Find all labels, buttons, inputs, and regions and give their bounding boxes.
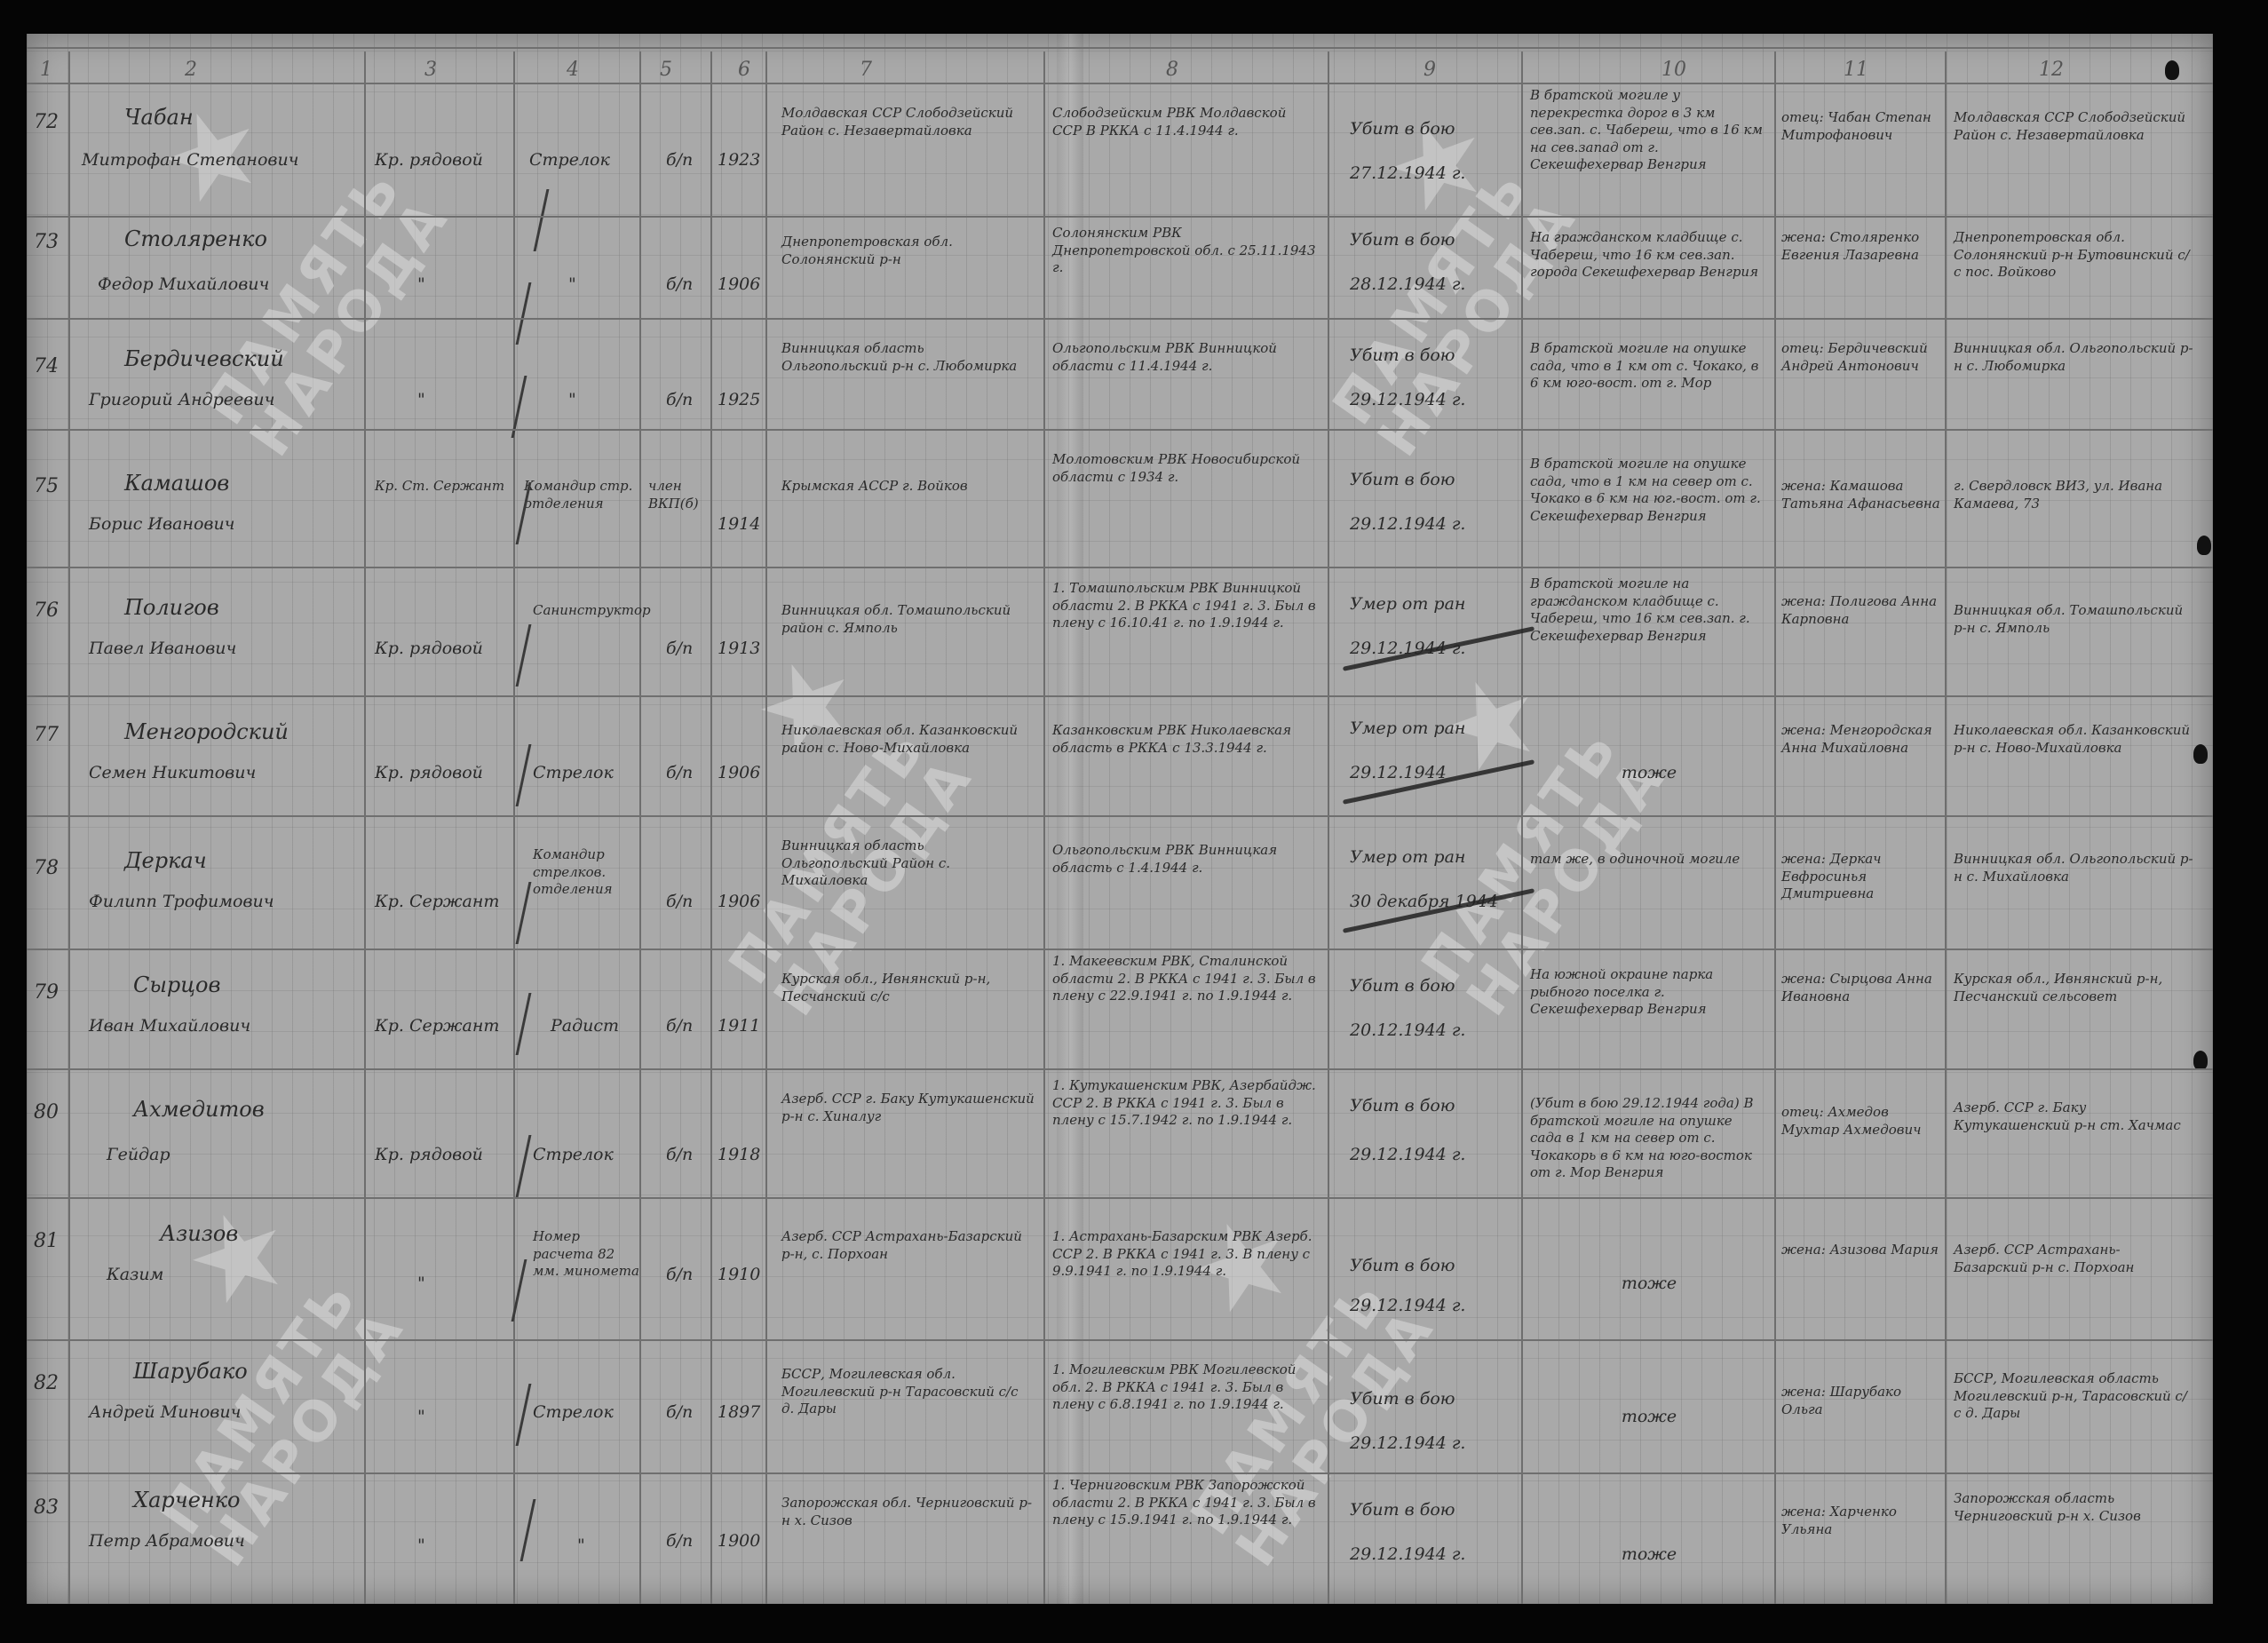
- burial-place: На гражданском кладбище с. Чабереш, что …: [1530, 229, 1768, 282]
- death-date: 29.12.1944 г.: [1350, 1295, 1465, 1318]
- birth-year: 1914: [718, 513, 760, 536]
- draft-info: Солонянским РВК Днепропетровской обл. с …: [1052, 225, 1319, 277]
- given-names: Андрей Минович: [89, 1401, 355, 1425]
- given-names: Федор Михайлович: [98, 274, 364, 297]
- checkmark-icon: [500, 882, 532, 944]
- birthplace: Днепропетровская обл. Солонянский р-н: [781, 234, 1035, 268]
- party: б/п: [666, 1401, 693, 1425]
- given-names: Филипп Трофимович: [89, 891, 355, 914]
- row-divider: [27, 1472, 2213, 1474]
- birth-year: 1925: [718, 389, 760, 412]
- position: Командир стр. отделения: [524, 478, 639, 512]
- death-date: 29.12.1944 г.: [1350, 1433, 1465, 1456]
- position: Радист: [551, 1015, 619, 1038]
- column-number-2: 2: [185, 59, 197, 81]
- rank: Кр. рядовой: [375, 1144, 483, 1167]
- checkmark-icon: [500, 1135, 532, 1197]
- relative: отец: Ахмедов Мухтар Ахмедович: [1781, 1104, 1941, 1139]
- burial-place: тоже: [1530, 1544, 1768, 1567]
- party: б/п: [666, 1144, 693, 1167]
- home-address: Курская обл., Ивнянский р-н, Песчанский …: [1954, 971, 2193, 1005]
- header-bottom-rule: [27, 83, 2213, 84]
- position: ": [577, 1535, 585, 1558]
- given-names: Гейдар: [107, 1144, 355, 1167]
- draft-info: 1. Могилевским РВК Могилевской обл. 2. В…: [1052, 1361, 1319, 1414]
- party: б/п: [666, 1015, 693, 1038]
- birthplace: Молдавская ССР Слободзейский Район с. Не…: [781, 105, 1035, 139]
- home-address: Днепропетровская обл. Солонянский р-н Бу…: [1954, 229, 2193, 282]
- birth-year: 1906: [718, 891, 760, 914]
- col-divider: [710, 52, 712, 1604]
- home-address: Винницкая обл. Томашпольский р-н с. Ямпо…: [1954, 602, 2193, 637]
- fate: Умер от ран: [1350, 846, 1465, 869]
- home-address: Запорожская область Черниговский р-н х. …: [1954, 1490, 2193, 1525]
- column-number-11: 11: [1844, 59, 1868, 81]
- fate: Умер от ран: [1350, 593, 1465, 616]
- checkmark-icon: [500, 1384, 532, 1446]
- death-date: 29.12.1944 г.: [1350, 513, 1465, 536]
- relative: отец: Чабан Степан Митрофанович: [1781, 109, 1941, 144]
- birthplace: Запорожская обл. Черниговский р-н х. Сиз…: [781, 1495, 1035, 1529]
- party: б/п: [666, 149, 693, 172]
- draft-info: 1. Макеевским РВК, Сталинской области 2.…: [1052, 953, 1319, 1005]
- column-number-4: 4: [567, 59, 579, 81]
- party: б/п: [666, 1530, 693, 1553]
- party: б/п: [666, 274, 693, 297]
- surname: Столяренко: [124, 225, 267, 253]
- relative: жена: Харченко Ульяна: [1781, 1504, 1941, 1538]
- col-divider: [68, 52, 70, 1604]
- draft-info: 1. Астрахань-Базарским РВК Азерб. ССР 2.…: [1052, 1228, 1319, 1281]
- relative: отец: Бердичевский Андрей Антонович: [1781, 340, 1941, 375]
- rank: Кр. Сержант: [375, 1015, 499, 1038]
- column-number-10: 10: [1661, 59, 1686, 81]
- rank: ": [417, 389, 425, 412]
- fate: Убит в бою: [1350, 1388, 1455, 1411]
- position: Стрелок: [533, 1401, 614, 1425]
- burial-place: тоже: [1530, 1406, 1768, 1429]
- column-number-8: 8: [1166, 59, 1178, 81]
- surname: Полигов: [124, 593, 219, 622]
- surname: Азизов: [160, 1219, 238, 1248]
- death-date: 20.12.1944 г.: [1350, 1020, 1465, 1043]
- birth-year: 1906: [718, 274, 760, 297]
- burial-place: там же, в одиночной могиле: [1530, 851, 1768, 869]
- position: Номер расчета 82 мм. миномета: [533, 1228, 639, 1281]
- checkmark-icon: [518, 189, 550, 251]
- birth-year: 1910: [718, 1264, 760, 1287]
- death-date: 29.12.1944 г.: [1350, 1544, 1465, 1567]
- burial-place: В братской могиле на опушке сада, что в …: [1530, 340, 1768, 393]
- draft-info: 1. Кутукашенским РВК, Азербайдж. ССР 2. …: [1052, 1077, 1319, 1130]
- row-divider: [27, 318, 2213, 320]
- row-divider: [27, 1339, 2213, 1341]
- rank: Кр. Сержант: [375, 891, 499, 914]
- birth-year: 1913: [718, 638, 760, 661]
- home-address: Азерб. ССР Астрахань-Базарский р-н с. По…: [1954, 1242, 2193, 1276]
- birth-year: 1918: [718, 1144, 760, 1167]
- fate: Убит в бою: [1350, 118, 1455, 141]
- birthplace: Винницкая область Ольгопольский р-н с. Л…: [781, 340, 1035, 375]
- checkmark-icon: [500, 282, 532, 345]
- birth-year: 1900: [718, 1530, 760, 1553]
- fate: Убит в бою: [1350, 469, 1455, 492]
- rank: ": [417, 274, 425, 297]
- draft-info: Ольгопольским РВК Винницкая область с 1.…: [1052, 842, 1319, 877]
- given-names: Петр Абрамович: [89, 1530, 355, 1553]
- draft-info: Ольгопольским РВК Винницкой области с 11…: [1052, 340, 1319, 375]
- punch-hole: [2165, 60, 2179, 80]
- rank: Кр. Ст. Сержант: [375, 478, 508, 496]
- birth-year: 1911: [718, 1015, 760, 1038]
- surname: Ахмедитов: [133, 1095, 265, 1123]
- col-divider: [364, 52, 366, 1604]
- column-number-1: 1: [40, 59, 52, 81]
- home-address: Винницкая обл. Ольгопольский р-н с. Любо…: [1954, 340, 2193, 375]
- punch-hole: [2193, 744, 2208, 764]
- fate: Умер от ран: [1350, 718, 1465, 741]
- birthplace: Курская обл., Ивнянский р-н, Песчанский …: [781, 971, 1035, 1005]
- row-divider: [27, 815, 2213, 817]
- row-number: 77: [34, 722, 59, 749]
- party: член ВКП(б): [648, 478, 710, 512]
- row-divider: [27, 1068, 2213, 1070]
- fate: Убит в бою: [1350, 229, 1455, 252]
- surname: Шарубако: [133, 1357, 248, 1385]
- position: Стрелок: [529, 149, 610, 172]
- punch-hole: [2197, 536, 2211, 555]
- birthplace: Азерб. ССР Астрахань-Базарский р-н, с. П…: [781, 1228, 1035, 1263]
- rank: Кр. рядовой: [375, 638, 483, 661]
- row-number: 78: [34, 855, 59, 882]
- row-number: 80: [34, 1099, 59, 1126]
- draft-info: Казанковским РВК Николаевская область в …: [1052, 722, 1319, 757]
- given-names: Семен Никитович: [89, 762, 355, 785]
- given-names: Митрофан Степанович: [82, 149, 361, 172]
- fate: Убит в бою: [1350, 345, 1455, 368]
- given-names: Борис Иванович: [89, 513, 355, 536]
- relative: жена: Камашова Татьяна Афанасьевна: [1781, 478, 1941, 512]
- fate: Убит в бою: [1350, 975, 1455, 998]
- column-number-5: 5: [660, 59, 672, 81]
- column-number-3: 3: [424, 59, 437, 81]
- relative: жена: Азизова Мария: [1781, 1242, 1941, 1259]
- checkmark-icon: [504, 1499, 536, 1561]
- row-number: 81: [34, 1228, 59, 1255]
- column-number-12: 12: [2039, 59, 2064, 81]
- birthplace: Азерб. ССР г. Баку Кутукашенский р-н с. …: [781, 1091, 1035, 1125]
- relative: жена: Деркач Евфросинья Дмитриевна: [1781, 851, 1941, 903]
- checkmark-icon: [496, 1259, 527, 1322]
- birthplace: Крымская АССР г. Войков: [781, 478, 1035, 496]
- fate: Убит в бою: [1350, 1499, 1455, 1522]
- column-number-7: 7: [860, 59, 872, 81]
- burial-place: тоже: [1530, 1273, 1768, 1296]
- party: б/п: [666, 389, 693, 412]
- draft-info: Молотовским РВК Новосибирской области с …: [1052, 451, 1319, 486]
- col-divider: [1043, 52, 1045, 1604]
- row-divider: [27, 567, 2213, 568]
- home-address: Николаевская обл. Казанковский р-н с. Но…: [1954, 722, 2193, 757]
- home-address: Азерб. ССР г. Баку Кутукашенский р-н ст.…: [1954, 1099, 2193, 1134]
- birth-year: 1906: [718, 762, 760, 785]
- birthplace: Винницкая область Ольгопольский Район с.…: [781, 837, 1035, 890]
- register-sheet: ★ ПАМЯТЬ НАРОДА ★ ПАМЯТЬ НАРОДА ★ ПАМЯТЬ…: [27, 34, 2213, 1604]
- rank: ": [417, 1273, 425, 1296]
- position: Санинструктор: [533, 602, 639, 620]
- death-date: 29.12.1944 г.: [1350, 1144, 1465, 1167]
- home-address: г. Свердловск ВИЗ, ул. Ивана Камаева, 73: [1954, 478, 2193, 512]
- birthplace: Винницкая обл. Томашпольский район с. Ям…: [781, 602, 1035, 637]
- death-date: 28.12.1944 г.: [1350, 274, 1465, 297]
- col-divider: [765, 52, 767, 1604]
- rank: ": [417, 1406, 425, 1429]
- fate: Убит в бою: [1350, 1095, 1455, 1118]
- col-divider: [1521, 52, 1523, 1604]
- birthplace: Николаевская обл. Казанковский район с. …: [781, 722, 1035, 757]
- draft-info: 1. Черниговским РВК Запорожской области …: [1052, 1477, 1319, 1529]
- row-number: 74: [34, 353, 59, 380]
- surname: Бердичевский: [124, 345, 284, 373]
- given-names: Казим: [107, 1264, 355, 1287]
- death-date: 27.12.1944 г.: [1350, 163, 1465, 186]
- home-address: Винницкая обл. Ольгопольский р-н с. Миха…: [1954, 851, 2193, 885]
- position: Стрелок: [533, 1144, 614, 1167]
- fate: Убит в бою: [1350, 1255, 1455, 1278]
- row-number: 76: [34, 598, 59, 624]
- col-divider: [639, 52, 641, 1604]
- burial-place: тоже: [1530, 762, 1768, 785]
- given-names: Иван Михайлович: [89, 1015, 355, 1038]
- row-divider: [27, 216, 2213, 218]
- relative: жена: Шарубако Ольга: [1781, 1384, 1941, 1418]
- row-divider: [27, 695, 2213, 697]
- given-names: Григорий Андреевич: [89, 389, 355, 412]
- burial-place: На южной окраине парка рыбного поселка г…: [1530, 966, 1768, 1019]
- checkmark-icon: [500, 624, 532, 687]
- surname: Чабан: [124, 103, 194, 131]
- given-names: Павел Иванович: [89, 638, 355, 661]
- birth-year: 1923: [718, 149, 760, 172]
- burial-place: В братской могиле у перекрестка дорог в …: [1530, 87, 1768, 174]
- party: б/п: [666, 762, 693, 785]
- birth-year: 1897: [718, 1401, 760, 1425]
- surname: Камашов: [124, 469, 229, 497]
- burial-place: В братской могиле на гражданском кладбищ…: [1530, 575, 1768, 645]
- position: Стрелок: [533, 762, 614, 785]
- home-address: Молдавская ССР Слободзейский Район с. Не…: [1954, 109, 2193, 144]
- col-divider: [1945, 52, 1947, 1604]
- row-number: 73: [34, 229, 59, 256]
- checkmark-icon: [500, 993, 532, 1055]
- row-divider: [27, 429, 2213, 431]
- burial-place: В братской могиле на опушке сада, что в …: [1530, 456, 1768, 525]
- relative: жена: Менгородская Анна Михайловна: [1781, 722, 1941, 757]
- rank: ": [417, 1535, 425, 1558]
- relative: жена: Сырцова Анна Ивановна: [1781, 971, 1941, 1005]
- death-date: 29.12.1944 г.: [1350, 389, 1465, 412]
- col-divider: [1328, 52, 1329, 1604]
- surname: Харченко: [133, 1486, 240, 1514]
- punch-hole: [2193, 1051, 2208, 1070]
- rank: Кр. рядовой: [375, 149, 483, 172]
- rank: Кр. рядовой: [375, 762, 483, 785]
- position: ": [568, 274, 576, 297]
- party: б/п: [666, 1264, 693, 1287]
- party: б/п: [666, 891, 693, 914]
- column-number-9: 9: [1423, 59, 1436, 81]
- surname: Менгородский: [124, 718, 289, 746]
- header-top-rule: [27, 47, 2213, 49]
- position: Командир стрелков. отделения: [533, 846, 639, 899]
- burial-place: (Убит в бою 29.12.1944 года) В братской …: [1530, 1095, 1768, 1182]
- draft-info: Слободзейским РВК Молдавской ССР В РККА …: [1052, 105, 1319, 139]
- position: ": [568, 389, 576, 412]
- surname: Деркач: [124, 846, 207, 875]
- column-number-6: 6: [738, 59, 750, 81]
- birthplace: БССР, Могилевская обл. Могилевский р-н Т…: [781, 1366, 1035, 1418]
- draft-info: 1. Томашпольским РВК Винницкой области 2…: [1052, 580, 1319, 632]
- col-divider: [1774, 52, 1776, 1604]
- checkmark-icon: [500, 744, 532, 806]
- row-divider: [27, 1197, 2213, 1199]
- party: б/п: [666, 638, 693, 661]
- home-address: БССР, Могилевская область Могилевский р-…: [1954, 1370, 2193, 1423]
- row-number: 72: [34, 109, 59, 136]
- row-number: 83: [34, 1495, 59, 1521]
- row-divider: [27, 948, 2213, 950]
- row-number: 75: [34, 473, 59, 500]
- row-number: 79: [34, 980, 59, 1006]
- surname: Сырцов: [133, 971, 220, 999]
- row-number: 82: [34, 1370, 59, 1397]
- relative: жена: Полигова Анна Карповна: [1781, 593, 1941, 628]
- relative: жена: Столяренко Евгения Лазаревна: [1781, 229, 1941, 264]
